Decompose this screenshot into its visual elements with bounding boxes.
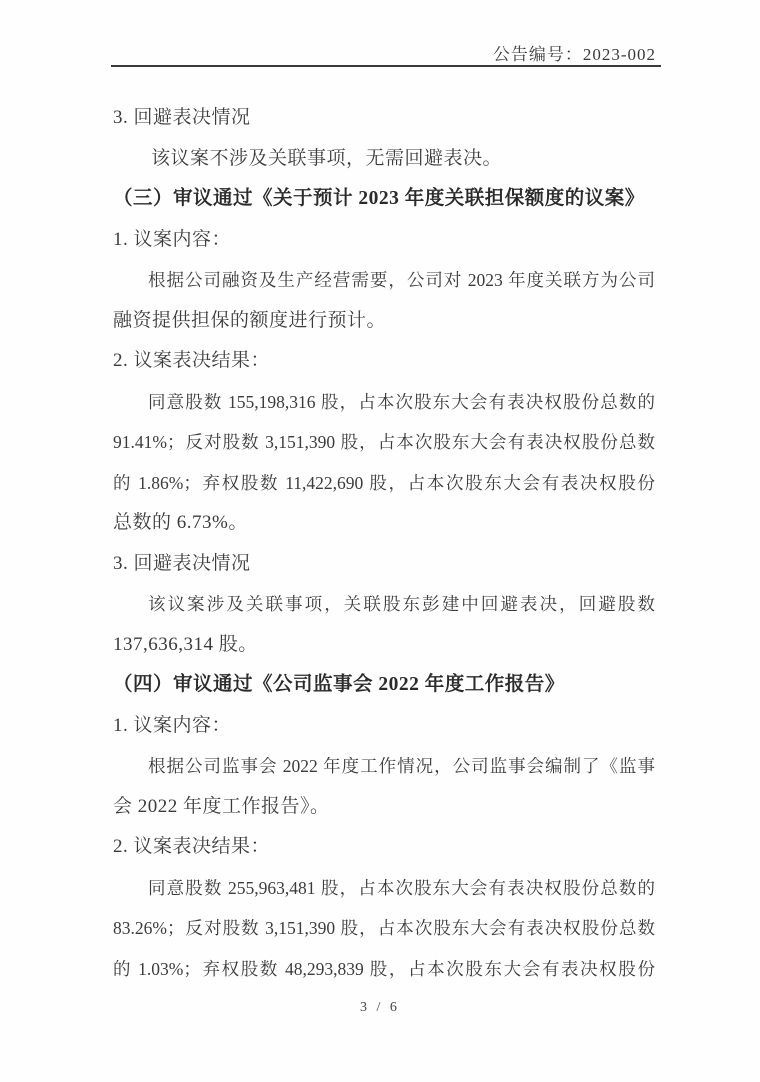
text-line: 会 2022 年度工作报告》。 (113, 787, 655, 828)
header-rule (111, 65, 661, 67)
text-line: 1. 议案内容： (113, 220, 655, 261)
text-line: 3. 回避表决情况 (113, 544, 655, 585)
text-line: 该议案不涉及关联事项，无需回避表决。 (113, 139, 655, 180)
section-heading: （四）审议通过《公司监事会 2022 年度工作报告》 (113, 665, 655, 706)
text-line: 总数的 6.73%。 (113, 503, 655, 544)
text-line: 3. 回避表决情况 (113, 98, 655, 139)
text-line: 137,636,314 股。 (113, 625, 655, 666)
text-line: 1. 议案内容： (113, 706, 655, 747)
text-line: 的 1.03%；弃权股数 48,293,839 股，占本次股东大会有表决权股份 (113, 949, 655, 990)
text-line: 根据公司监事会 2022 年度工作情况，公司监事会编制了《监事 (113, 746, 655, 787)
text-line: 融资提供担保的额度进行预计。 (113, 301, 655, 342)
text-line: 同意股数 255,963,481 股，占本次股东大会有表决权股份总数的 (113, 868, 655, 909)
text-line: 同意股数 155,198,316 股，占本次股东大会有表决权股份总数的 (113, 382, 655, 423)
page-number: 3 / 6 (360, 1000, 400, 1015)
text-line: 83.26%；反对股数 3,151,390 股，占本次股东大会有表决权股份总数 (113, 908, 655, 949)
document-page: 公告编号：2023-002 3. 回避表决情况 该议案不涉及关联事项，无需回避表… (0, 0, 760, 1082)
text-line: 该议案涉及关联事项，关联股东彭建中回避表决，回避股数 (113, 584, 655, 625)
document-body: 3. 回避表决情况 该议案不涉及关联事项，无需回避表决。 （三）审议通过《关于预… (113, 98, 655, 989)
section-heading: （三）审议通过《关于预计 2023 年度关联担保额度的议案》 (113, 179, 655, 220)
text-line: 根据公司融资及生产经营需要，公司对 2023 年度关联方为公司 (113, 260, 655, 301)
announcement-number: 公告编号：2023-002 (493, 40, 656, 65)
page-footer: 3 / 6 (0, 1000, 760, 1016)
text-line: 2. 议案表决结果： (113, 827, 655, 868)
text-line: 2. 议案表决结果： (113, 341, 655, 382)
text-line: 91.41%；反对股数 3,151,390 股，占本次股东大会有表决权股份总数 (113, 422, 655, 463)
text-line: 的 1.86%；弃权股数 11,422,690 股，占本次股东大会有表决权股份 (113, 463, 655, 504)
